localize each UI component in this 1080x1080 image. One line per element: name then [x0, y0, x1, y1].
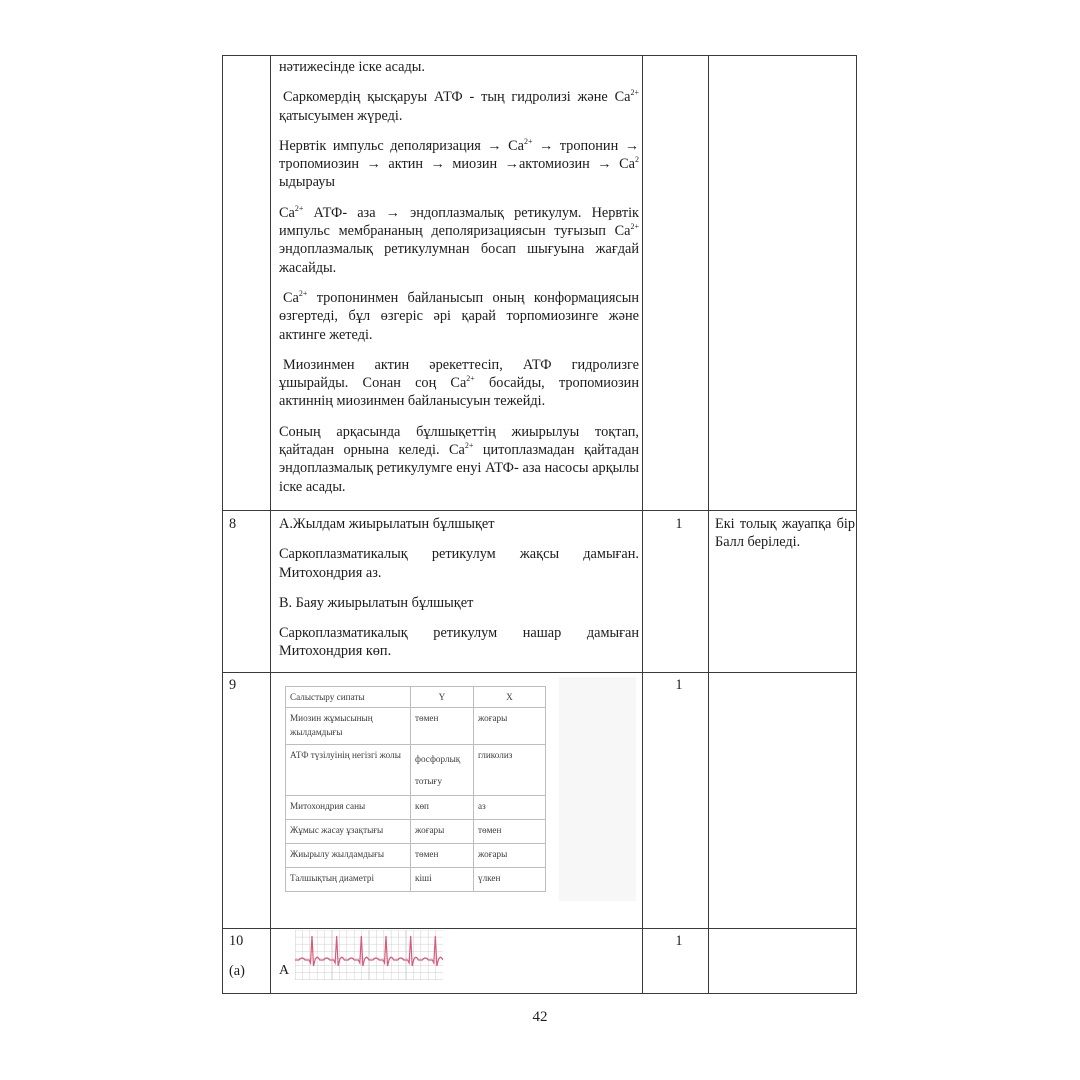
table-header-row: Салыстыру сипаты Y X: [286, 687, 546, 708]
paragraph: A.Жылдам жиырылатын бұлшықет: [279, 515, 639, 533]
table-row: Митохондрия саны көп аз: [286, 796, 546, 820]
image-background: [559, 677, 636, 901]
ecg-label: A: [279, 962, 289, 980]
paragraph: нәтижесінде іске асады.: [279, 58, 639, 76]
paragraph: Саркоплазматикалық ретикулум нашар дамығ…: [279, 624, 639, 661]
paragraph: Ca2+ тропонинмен байланысып оның конформ…: [279, 289, 639, 344]
page-number: 42: [0, 1009, 1080, 1026]
paragraph: Соның арқасында бұлшықеттің жиырылуы тоқ…: [279, 423, 639, 496]
score: 1: [649, 932, 709, 950]
row-continuation-content: нәтижесінде іске асады. Саркомердің қысқ…: [279, 58, 645, 496]
table-cell: төмен: [411, 708, 474, 745]
table-row: Жиырылу жылдамдығы төмен жоғары: [286, 844, 546, 868]
table-cell: жоғары: [474, 844, 546, 868]
table-cell: гликолиз: [474, 745, 546, 796]
ecg-strip-image: [295, 930, 443, 980]
table-cell: Жұмыс жасау ұзақтығы: [286, 820, 411, 844]
paragraph: Ca2+ АТФ- аза → эндоплазмалық ретикулум.…: [279, 204, 639, 277]
row-divider: [223, 510, 856, 511]
table-cell: жоғары: [411, 820, 474, 844]
table-row: Талшықтың диаметрі кіші үлкен: [286, 868, 546, 892]
question-number: 9: [229, 676, 269, 694]
table-cell: үлкен: [474, 868, 546, 892]
column-divider: [270, 56, 271, 993]
score: 1: [649, 515, 709, 533]
table-cell: Талшықтың диаметрі: [286, 868, 411, 892]
comparison-table: Салыстыру сипаты Y X Миозин жұмысының жы…: [285, 686, 546, 892]
table-cell: Жиырылу жылдамдығы: [286, 844, 411, 868]
paragraph: Саркомердің қысқаруы АТФ - тың гидролизі…: [279, 88, 639, 125]
question-number: 10: [229, 932, 269, 950]
row-divider: [223, 928, 856, 929]
table-cell: жоғары: [474, 708, 546, 745]
paragraph: Миозинмен актин әрекеттесіп, АТФ гидроли…: [279, 356, 639, 411]
table-row: Жұмыс жасау ұзақтығы жоғары төмен: [286, 820, 546, 844]
paragraph: Саркоплазматикалық ретикулум жақсы дамығ…: [279, 545, 639, 582]
question-number: 8: [229, 515, 269, 533]
table-row: Миозин жұмысының жылдамдығы төмен жоғары: [286, 708, 546, 745]
answer-key-table: нәтижесінде іске асады. Саркомердің қысқ…: [222, 55, 857, 994]
table-cell: төмен: [411, 844, 474, 868]
table-row: АТФ түзілуінің негізгі жолы фосфорлық то…: [286, 745, 546, 796]
row-divider: [223, 672, 856, 673]
table-cell: төмен: [474, 820, 546, 844]
table-cell: АТФ түзілуінің негізгі жолы: [286, 745, 411, 796]
paragraph: Нервтік импульс деполяризация → Ca2+ → т…: [279, 137, 639, 192]
table-cell: кіші: [411, 868, 474, 892]
score: 1: [649, 676, 709, 694]
row-8-content: A.Жылдам жиырылатын бұлшықет Саркоплазма…: [279, 515, 645, 661]
comparison-table-image: Салыстыру сипаты Y X Миозин жұмысының жы…: [285, 686, 546, 892]
header-cell: X: [474, 687, 546, 708]
table-cell: фосфорлық тотығу: [411, 745, 474, 796]
table-cell: көп: [411, 796, 474, 820]
table-cell: аз: [474, 796, 546, 820]
question-subpart: (a): [229, 962, 269, 980]
table-cell: Миозин жұмысының жылдамдығы: [286, 708, 411, 745]
scoring-note: Екі толық жауапқа бір Балл беріледі.: [715, 515, 855, 552]
header-cell: Салыстыру сипаты: [286, 687, 411, 708]
table-cell: Митохондрия саны: [286, 796, 411, 820]
paragraph: B. Баяу жиырылатын бұлшықет: [279, 594, 639, 612]
header-cell: Y: [411, 687, 474, 708]
